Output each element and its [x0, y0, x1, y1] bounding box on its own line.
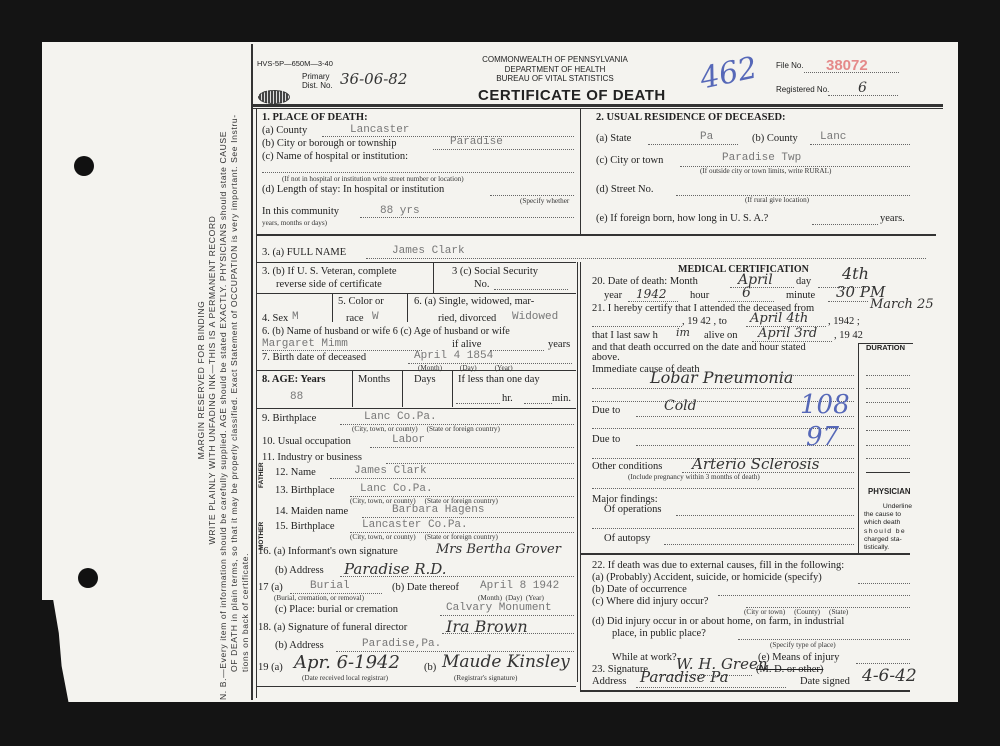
alive-on-label: alive on: [704, 330, 738, 341]
last-saw-year-label: , 19 42: [834, 330, 863, 341]
state-line: [648, 144, 738, 145]
other-note: (Include pregnancy within 3 months of de…: [628, 473, 760, 481]
res-county-label: (b) County: [752, 133, 798, 144]
place-of-death-heading: 1. PLACE OF DEATH:: [262, 112, 368, 123]
death-year-value: 1942: [636, 287, 667, 301]
due-to-value: Cold: [664, 398, 697, 414]
informant-label: 16. (a) Informant's own signature: [258, 546, 398, 557]
hour-label: hour: [690, 290, 709, 301]
physician-note-line: which death: [864, 519, 912, 527]
occupation-value: Labor: [392, 434, 425, 446]
community-value: 88 yrs: [380, 205, 420, 217]
duration-line: [866, 416, 910, 417]
file-no-label: File No.: [776, 62, 804, 70]
day-label: day: [796, 276, 811, 287]
occurrence-label: (b) Date of occurrence: [592, 584, 687, 595]
mother-name-value: Barbara Hagens: [392, 504, 484, 516]
operations-label: Of operations: [604, 504, 661, 515]
stay-label: (d) Length of stay: In hospital or insti…: [262, 184, 444, 195]
death-county-value: Lancaster: [350, 124, 409, 136]
min-label: min.: [552, 393, 571, 404]
informant-address-value: Paradise R.D.: [344, 560, 447, 578]
inner-border: [256, 108, 257, 698]
registered-no-value: 6: [858, 80, 867, 96]
immediate-cause-value: Lobar Pneumonia: [650, 368, 793, 387]
physician-address-label: Address: [592, 676, 626, 687]
immediate-line-2: [592, 388, 854, 389]
hr-label: hr.: [502, 393, 513, 404]
mother-birth-label: 15. Birthplace: [275, 521, 334, 532]
birthplace-value: Lanc Co.Pa.: [364, 411, 437, 423]
registrar-signature: Maude Kinsley: [442, 652, 570, 672]
autopsy-label: Of autopsy: [604, 533, 650, 544]
section-rule: [256, 234, 936, 236]
father-birth-label: 13. Birthplace: [275, 485, 334, 496]
disposal-label: 17 (a): [258, 582, 283, 593]
min-line: [524, 403, 552, 404]
city-label: (b) City or borough or township: [262, 138, 396, 149]
other-conditions-value: Arterio Sclerosis: [692, 455, 819, 473]
director-address-value: Paradise,Pa.: [362, 638, 441, 650]
last-saw-label: that I last saw h: [592, 330, 658, 341]
burial-place-value: Calvary Monument: [446, 602, 552, 614]
header-rule: [253, 108, 943, 109]
physician-note-line: tistically.: [864, 544, 912, 552]
row-rule: [256, 686, 576, 687]
last-saw-pronoun: im: [676, 326, 690, 339]
cause-code-2: 97: [806, 422, 839, 452]
column-divider: [577, 262, 578, 682]
residence-state-value: Pa: [700, 131, 713, 143]
from-line: [592, 326, 682, 327]
cell-divider: [452, 371, 453, 407]
column-divider: [580, 262, 581, 692]
father-name-label: 12. Name: [275, 467, 316, 478]
spouse-value: Margaret Mimm: [262, 338, 348, 350]
seal-icon: [258, 90, 290, 104]
cause-code-1: 108: [800, 390, 850, 420]
punch-hole: [78, 568, 98, 588]
occurred-label: and that death occurred on the date and …: [592, 342, 806, 353]
death-date-label: 20. Date of death: Month: [592, 276, 698, 287]
ss-line: [494, 289, 568, 290]
birth-label: 7. Birth date of deceased: [262, 352, 366, 363]
occupation-label: 10. Usual occupation: [262, 436, 351, 447]
physician-note: Underline the cause to which death shoul…: [864, 503, 912, 552]
birth-note: (Month) (Day) (Year): [418, 364, 513, 372]
where-label: (c) Where did injury occur?: [592, 596, 708, 607]
state-label: (a) State: [596, 133, 631, 144]
margin-line: MARGIN RESERVED FOR BINDING: [196, 60, 207, 700]
duration-line: [866, 445, 910, 446]
hospital-note: (If not in hospital or institution write…: [282, 175, 464, 183]
full-name-label: 3. (a) FULL NAME: [262, 247, 346, 258]
hospital-line: [262, 172, 574, 173]
full-name-line: [366, 258, 926, 259]
residence-county-value: Lanc: [820, 131, 846, 143]
street-note: (If rural give location): [745, 196, 809, 204]
duration-line: [866, 388, 910, 389]
row-rule: [256, 293, 576, 294]
means-label: (e) Means of injury: [758, 652, 839, 663]
less-day-label: If less than one day: [458, 374, 540, 385]
accident-label: (a) (Probably) Accident, suicide, or hom…: [592, 572, 822, 583]
autopsy-line: [664, 544, 854, 545]
to-year-label: , 1942 ;: [828, 316, 860, 327]
home-line: [738, 639, 910, 640]
due-to-label: Due to: [592, 405, 620, 416]
days-label: Days: [414, 374, 436, 385]
full-name-value: James Clark: [392, 245, 465, 257]
duration-line: [866, 402, 910, 403]
mother-name-label: 14. Maiden name: [275, 506, 348, 517]
if-alive-label: if alive: [452, 339, 481, 350]
home-note: (Specify type of place): [770, 641, 836, 649]
registrar-b-label: (b): [424, 662, 436, 673]
burial-place-line: [440, 615, 574, 616]
foreign-label: (e) If foreign born, how long in U. S. A…: [596, 213, 768, 224]
birthplace-note: (City, town, or county) (State or foreig…: [352, 425, 500, 433]
disposal-date-note: (Month) (Day) (Year): [478, 594, 544, 602]
ss-label: 3 (c) Social Security: [452, 266, 538, 277]
agency-block: COMMONWEALTH OF PENNSYLVANIA DEPARTMENT …: [470, 55, 640, 84]
margin-border: [251, 44, 253, 700]
physician-note-line: the cause to: [864, 511, 912, 519]
disposal-date-label: (b) Date thereof: [392, 582, 459, 593]
father-side-label: FATHER: [258, 462, 265, 488]
row-rule: [580, 690, 910, 692]
duration-label: DURATION: [866, 344, 905, 352]
street-label: (d) Street No.: [596, 184, 653, 195]
header-rule: [253, 104, 943, 107]
mother-name-line: [362, 517, 574, 518]
marital-label: ried, divorced: [438, 313, 496, 324]
section-rule: [256, 262, 576, 263]
director-signature: Ira Brown: [446, 617, 528, 636]
duration-divider: [858, 343, 859, 553]
age-label: 8. AGE: Years: [262, 374, 325, 385]
attended-from-value: March 25: [870, 297, 934, 312]
row-rule: [256, 370, 576, 371]
community-line: [360, 217, 574, 218]
physician-address-value: Paradise Pa: [640, 668, 729, 686]
section-rule: [580, 553, 910, 555]
informant-signature: Mrs Bertha Grover: [436, 542, 561, 557]
agency-line: DEPARTMENT OF HEALTH: [470, 65, 640, 75]
physician-note-line: should be: [864, 528, 912, 536]
veteran-label: 3. (b) If U. S. Veteran, complete: [262, 266, 397, 277]
where-note: (City or town) (County) (State): [744, 608, 848, 616]
director-addr-label: (b) Address: [275, 640, 324, 651]
disposal-note: (Burial, cremation, or removal): [274, 594, 364, 602]
year-line: [628, 301, 678, 302]
color-label: 5. Color or: [338, 296, 384, 307]
city-line: [433, 149, 574, 150]
date-signed-label: Date signed: [800, 676, 850, 687]
ss-label: No.: [474, 279, 489, 290]
industry-label: 11. Industry or business: [262, 452, 362, 463]
agency-line: COMMONWEALTH OF PENNSYLVANIA: [470, 55, 640, 65]
registrar-sig-note: (Registrar's signature): [454, 674, 517, 682]
agency-line: BUREAU OF VITAL STATISTICS: [470, 74, 640, 84]
primary-dist-label: Primary Dist. No.: [302, 72, 336, 90]
race-value: W: [372, 311, 379, 323]
hospital-label: (c) Name of hospital or institution:: [262, 151, 408, 162]
duration-line: [866, 430, 910, 431]
margin-line: OF DEATH in plain terms, so that it may …: [229, 60, 240, 700]
date-signed-value: 4-6-42: [862, 666, 917, 686]
duration-line: [866, 375, 910, 376]
foreign-suffix: years.: [880, 213, 905, 224]
primary-dist-value: 36-06-82: [340, 70, 407, 88]
accident-line: [858, 583, 910, 584]
physician-address-line: [636, 687, 786, 688]
sex-label: 4. Sex: [262, 313, 288, 324]
year-label: year: [604, 290, 622, 301]
marital-value: Widowed: [512, 311, 558, 323]
birth-date-value: April 4 1854: [414, 350, 493, 362]
disposal-value: Burial: [310, 580, 350, 592]
father-name-value: James Clark: [354, 465, 427, 477]
punch-hole: [74, 156, 94, 176]
stay-line: [490, 195, 574, 196]
minute-line: [828, 301, 868, 302]
death-hour-value: 6: [742, 285, 751, 301]
race-label: race: [346, 313, 363, 324]
home-label: place, in public place?: [612, 628, 706, 639]
margin-line: N. B.—Every item of information should b…: [218, 60, 229, 700]
physician-note-line: charged sta-: [864, 536, 912, 544]
father-birthplace-value: Lanc Co.Pa.: [360, 483, 433, 495]
res-city-label: (c) City or town: [596, 155, 663, 166]
burial-place-label: (c) Place: burial or cremation: [275, 604, 398, 615]
cell-divider: [407, 294, 408, 322]
hour-line: [718, 301, 774, 302]
row-rule: [256, 408, 576, 409]
registered-no-label: Registered No.: [776, 86, 829, 94]
cell-divider: [332, 294, 333, 322]
months-label: Months: [358, 374, 390, 385]
registrar-label: 19 (a): [258, 662, 283, 673]
minute-label: minute: [786, 290, 815, 301]
duration-line: [866, 472, 910, 473]
foreign-line: [812, 224, 878, 225]
res-city-note: (If outside city or town limits, write R…: [700, 167, 831, 175]
last-saw-value: April 3rd: [758, 326, 817, 341]
external-causes-label: 22. If death was due to external causes,…: [592, 560, 844, 571]
stay-note: (Specify whether: [520, 197, 569, 205]
hr-line: [456, 403, 500, 404]
mother-birthplace-value: Lancaster Co.Pa.: [362, 519, 468, 531]
sex-value: M: [292, 311, 299, 323]
physician-note-line: Underline: [864, 503, 912, 511]
cell-divider: [402, 371, 403, 407]
registrar-date-note: (Date received local registrar): [302, 674, 388, 682]
occurrence-line: [718, 595, 910, 596]
file-no-value: 38072: [826, 57, 868, 74]
residence-heading: 2. USUAL RESIDENCE OF DECEASED:: [596, 112, 786, 123]
death-city-value: Paradise: [450, 136, 503, 148]
md-label: (M. D. or other): [756, 664, 823, 675]
section-divider: [580, 108, 581, 234]
spouse-label: 6. (b) Name of husband or wife 6 (c) Age…: [262, 326, 510, 337]
community-label: In this community: [262, 206, 339, 217]
duration-line: [866, 458, 910, 459]
attended-to-value: April 4th: [750, 311, 808, 326]
occupation-line: [370, 447, 574, 448]
margin-line: WRITE PLAINLY WITH UNFADING INK—THIS IS …: [207, 60, 218, 700]
registrar-date-value: Apr. 6-1942: [294, 652, 400, 673]
page-title: CERTIFICATE OF DEATH: [478, 87, 666, 104]
community-note: years, months or days): [262, 219, 327, 227]
work-label: While at work?: [612, 652, 677, 663]
county-line: [322, 136, 574, 137]
marital-label: 6. (a) Single, widowed, mar-: [414, 296, 534, 307]
other-conditions-label: Other conditions: [592, 461, 662, 472]
due-to-2-label: Due to: [592, 434, 620, 445]
means-line: [856, 663, 910, 664]
director-label: 18. (a) Signature of funeral director: [258, 622, 407, 633]
home-label: (d) Did injury occur in or about home, o…: [592, 616, 844, 627]
cell-divider: [352, 371, 353, 407]
father-name-line: [330, 478, 574, 479]
spouse-age-line: [490, 350, 544, 351]
residence-city-value: Paradise Twp: [722, 152, 801, 164]
age-years-value: 88: [290, 391, 303, 403]
findings-line: [592, 488, 854, 489]
informant-addr-label: (b) Address: [275, 565, 324, 576]
res-county-line: [810, 144, 910, 145]
occurred-label: above.: [592, 352, 620, 363]
operations-line: [676, 515, 854, 516]
binding-margin-instructions: MARGIN RESERVED FOR BINDING WRITE PLAINL…: [196, 60, 250, 700]
county-label: (a) County: [262, 125, 307, 136]
cell-divider: [433, 263, 434, 293]
disposal-date-value: April 8 1942: [480, 580, 559, 592]
findings-line: [592, 528, 854, 529]
years-label: years: [548, 339, 570, 350]
mother-birth-note: (City, town, or county) (State or foreig…: [350, 533, 498, 541]
physician-label: PHYSICIAN: [868, 488, 910, 496]
spouse-line: [262, 350, 422, 351]
industry-line: [386, 463, 574, 464]
form-code: HVS-5P—650M—3-40: [257, 60, 333, 68]
veteran-label: reverse side of certificate: [276, 279, 382, 290]
death-day-value: 4th: [842, 264, 869, 283]
margin-line: tions on back of certificate.: [240, 60, 251, 700]
birthplace-label: 9. Birthplace: [262, 413, 316, 424]
